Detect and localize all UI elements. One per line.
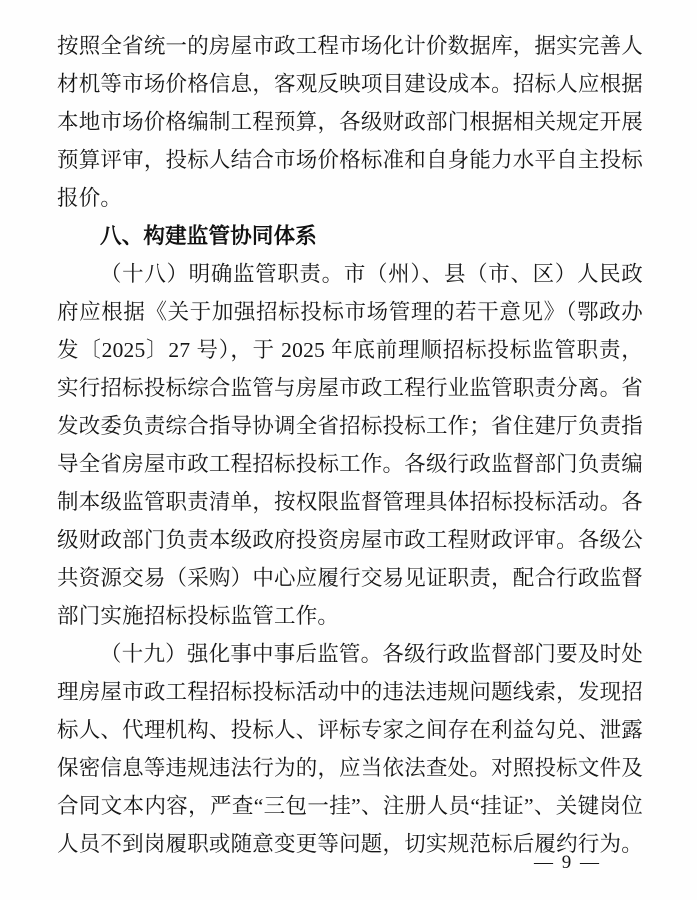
document-page: 按照全省统一的房屋市政工程市场化计价数据库，据实完善人材机等市场价格信息，客观反… [0,0,697,900]
paragraph-article-18: （十八）明确监管职责。市（州）、县（市、区）人民政府应根据《关于加强招标投标市场… [57,255,643,635]
section-heading-8: 八、构建监管协同体系 [57,217,643,255]
document-content: 按照全省统一的房屋市政工程市场化计价数据库，据实完善人材机等市场价格信息，客观反… [57,27,643,863]
paragraph-continuation: 按照全省统一的房屋市政工程市场化计价数据库，据实完善人材机等市场价格信息，客观反… [57,27,643,217]
page-number: — 9 — [534,852,601,874]
paragraph-article-19: （十九）强化事中事后监管。各级行政监督部门要及时处理房屋市政工程招标投标活动中的… [57,635,643,863]
